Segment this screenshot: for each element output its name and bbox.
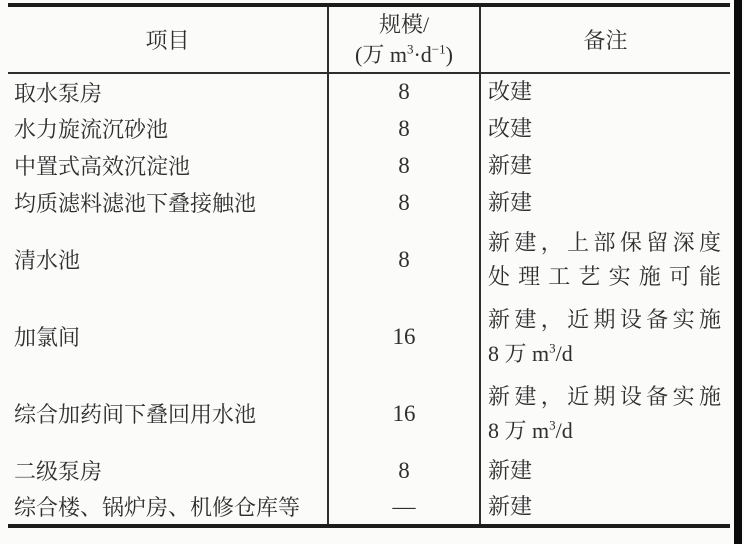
scale-cell: —: [328, 489, 480, 526]
remark-line: 8 万 m3/d: [488, 337, 721, 371]
remark-cell: 改建: [480, 73, 730, 110]
item-cell: 清水池: [8, 221, 328, 298]
item-cell: 水力旋流沉砂池: [8, 110, 328, 147]
header-scale-line1: 规模/: [329, 10, 479, 40]
header-remark: 备注: [480, 5, 730, 73]
remark-superscript: 3: [549, 417, 556, 432]
facilities-table: 项目 规模/ (万 m3·d−1) 备注 取水泵房8改建水力旋流沉砂池8改建中置…: [8, 3, 730, 528]
item-cell: 取水泵房: [8, 73, 328, 110]
remark-cell: 改建: [480, 110, 730, 147]
item-cell: 二级泵房: [8, 452, 328, 489]
remark-superscript: 3: [549, 340, 556, 355]
table-row: 清水池8新建，上部保留深度处理工艺实施可能: [8, 221, 730, 298]
header-row: 项目 规模/ (万 m3·d−1) 备注: [8, 5, 730, 73]
remark-cell: 新建，近期设备实施8 万 m3/d: [480, 375, 730, 452]
table-row: 均质滤料滤池下叠接触池8新建: [8, 184, 730, 221]
scale-cell: 8: [328, 452, 480, 489]
scanned-document-page: 项目 规模/ (万 m3·d−1) 备注 取水泵房8改建水力旋流沉砂池8改建中置…: [0, 0, 744, 544]
table-row: 加氯间16新建，近期设备实施8 万 m3/d: [8, 298, 730, 375]
unit-suffix: ): [446, 42, 453, 67]
scale-cell: 8: [328, 184, 480, 221]
remark-line: 新建: [488, 149, 721, 183]
remark-line: 新建: [488, 454, 721, 488]
unit-prefix: (万 m: [355, 42, 407, 67]
scale-cell: 16: [328, 298, 480, 375]
scale-cell: 16: [328, 375, 480, 452]
remark-cell: 新建，近期设备实施8 万 m3/d: [480, 298, 730, 375]
item-cell: 综合加药间下叠回用水池: [8, 375, 328, 452]
scale-cell: 8: [328, 147, 480, 184]
item-cell: 均质滤料滤池下叠接触池: [8, 184, 328, 221]
remark-line: 新建，上部保留深度: [488, 226, 721, 260]
table-row: 取水泵房8改建: [8, 73, 730, 110]
item-cell: 加氯间: [8, 298, 328, 375]
remark-line: 新建: [488, 490, 721, 524]
item-cell: 综合楼、锅炉房、机修仓库等: [8, 489, 328, 526]
scale-cell: 8: [328, 221, 480, 298]
table-row: 中置式高效沉淀池8新建: [8, 147, 730, 184]
remark-line: 新建: [488, 186, 721, 220]
table-row: 二级泵房8新建: [8, 452, 730, 489]
remark-line: 新建，近期设备实施: [488, 380, 721, 414]
unit-dot-d: ·d: [413, 42, 431, 67]
remark-line: 改建: [488, 112, 721, 146]
remark-line: 8 万 m3/d: [488, 414, 721, 448]
remark-cell: 新建: [480, 184, 730, 221]
item-cell: 中置式高效沉淀池: [8, 147, 328, 184]
remark-cell: 新建: [480, 147, 730, 184]
table-row: 水力旋流沉砂池8改建: [8, 110, 730, 147]
header-item: 项目: [8, 5, 328, 73]
remark-cell: 新建: [480, 452, 730, 489]
table-body: 取水泵房8改建水力旋流沉砂池8改建中置式高效沉淀池8新建均质滤料滤池下叠接触池8…: [8, 73, 730, 526]
header-scale: 规模/ (万 m3·d−1): [328, 5, 480, 73]
scale-cell: 8: [328, 110, 480, 147]
table-row: 综合加药间下叠回用水池16新建，近期设备实施8 万 m3/d: [8, 375, 730, 452]
unit-superscript-minus1: −1: [432, 41, 446, 56]
remark-line: 新建，近期设备实施: [488, 303, 721, 337]
remark-line: 改建: [488, 75, 721, 109]
scan-edge-bar: [734, 0, 742, 544]
remark-line: 处理工艺实施可能: [488, 260, 721, 294]
scale-cell: 8: [328, 73, 480, 110]
table-row: 综合楼、锅炉房、机修仓库等—新建: [8, 489, 730, 526]
remark-cell: 新建: [480, 489, 730, 526]
header-scale-unit: (万 m3·d−1): [329, 40, 479, 70]
table-header: 项目 规模/ (万 m3·d−1) 备注: [8, 5, 730, 73]
remark-cell: 新建，上部保留深度处理工艺实施可能: [480, 221, 730, 298]
